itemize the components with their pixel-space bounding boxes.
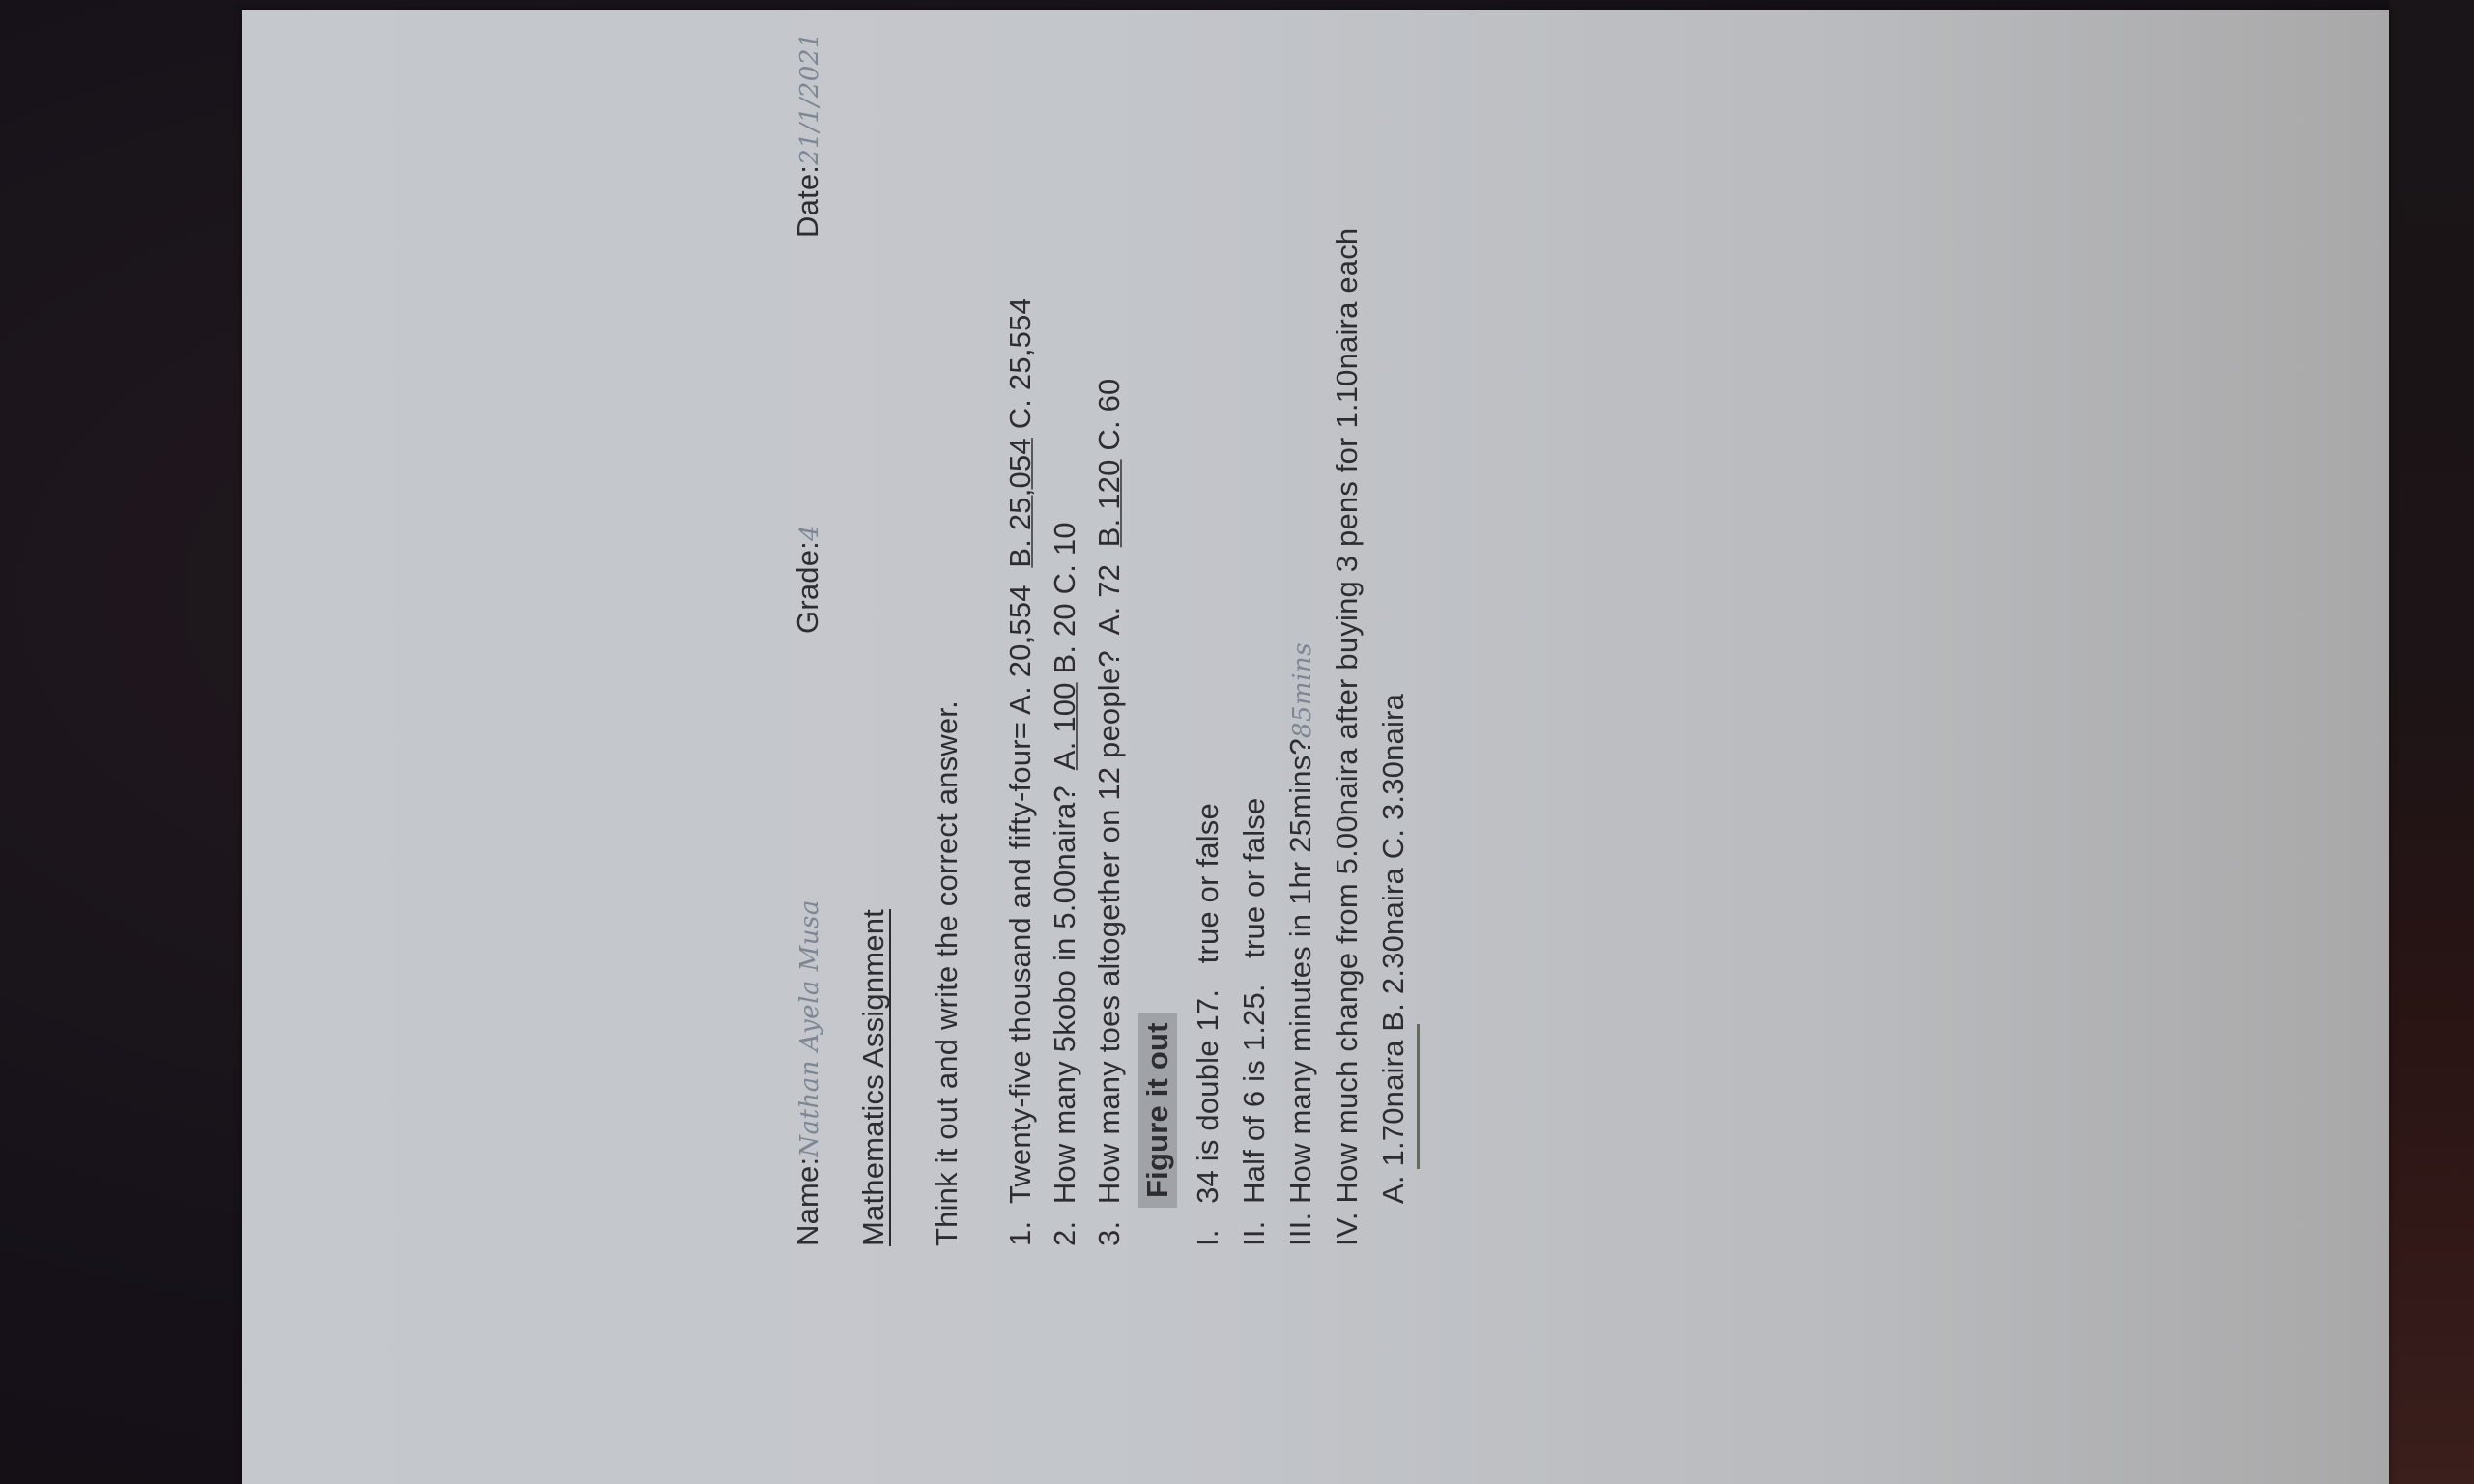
instruction-text: Think it out and write the correct answe…: [930, 700, 964, 1246]
date-handwritten: 21/1/2021: [795, 32, 824, 165]
grade-handwritten: 4: [795, 525, 824, 541]
date-field: Date:21/1/2021: [791, 32, 825, 238]
marked-answer: A. 100: [1048, 682, 1081, 770]
name-handwritten: Nathan Ayela Musa: [795, 899, 824, 1157]
question-1: 1. Twenty-five thousand and fifty-four= …: [1003, 298, 1038, 1246]
marked-answer: B. 120: [1092, 459, 1126, 547]
handwritten-answer: 85mins: [1288, 642, 1317, 738]
grade-field: Grade:4: [791, 525, 825, 634]
name-field: Name:Nathan Ayela Musa: [791, 899, 825, 1246]
name-label: Name:: [791, 1157, 824, 1246]
figure-it-out-heading: Figure it out: [1138, 1013, 1177, 1208]
page-title: Mathematics Assignment: [856, 909, 891, 1246]
question-iii: III. How many minutes in 1hr 25mins?85mi…: [1283, 642, 1318, 1246]
question-iv-options: A. 1.70naira B. 2.30naira C. 3.30naira: [1376, 694, 1411, 1204]
date-label: Date:: [791, 165, 824, 238]
question-ii: II. Half of 6 is 1.25. true or false: [1237, 798, 1272, 1246]
grade-label: Grade:: [791, 541, 824, 634]
question-iv: IV. How much change from 5.00naira after…: [1330, 228, 1365, 1246]
question-2: 2. How many 5kobo in 5.00naira? A. 100 B…: [1048, 522, 1082, 1246]
document-page: Name:Nathan Ayela Musa Grade:4 Date:21/1…: [242, 10, 2389, 1484]
question-i: I. 34 is double 17. true or false: [1191, 803, 1225, 1246]
background-edge: [2389, 0, 2474, 1484]
marked-answer: B. 25,054: [1003, 438, 1037, 568]
handwritten-underline: [1415, 1024, 1420, 1169]
question-3: 3. How many toes altogether on 12 people…: [1092, 379, 1127, 1247]
section-heading: Figure it out: [1138, 1013, 1177, 1208]
